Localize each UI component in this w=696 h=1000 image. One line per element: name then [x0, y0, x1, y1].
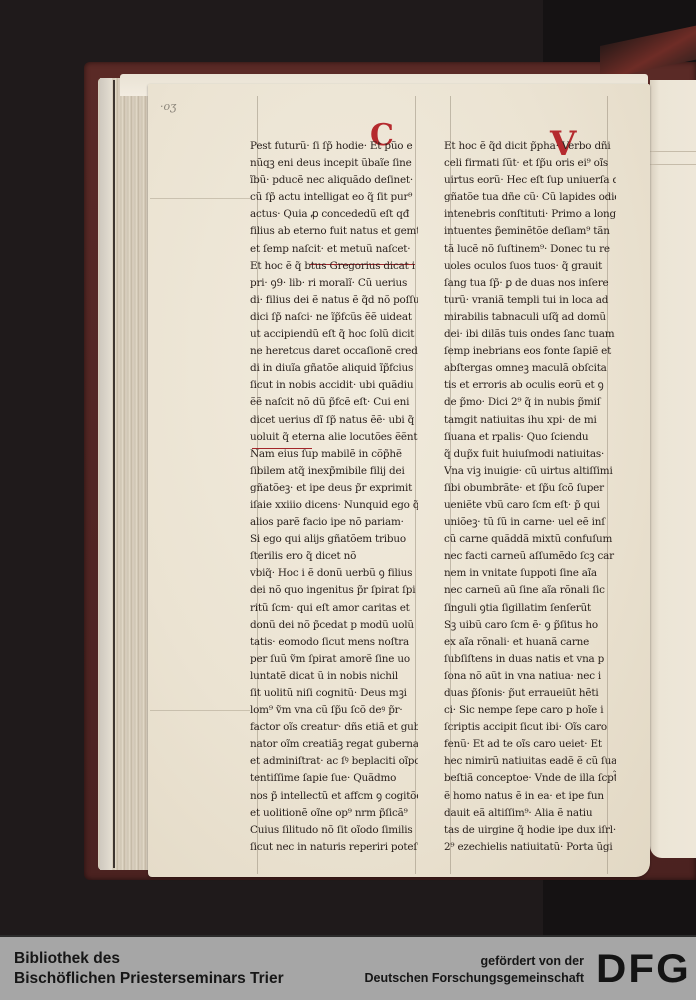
text-line: ſubſiſtens in duas natis et vna p	[444, 651, 616, 668]
dfg-logo: DFG	[596, 951, 693, 987]
text-line: ĩbũ· pducẽ nec aliquãdo deſinet·	[250, 172, 418, 189]
text-line: tis et erroris ab oculis eorũ et ꝯ	[444, 377, 616, 394]
text-line: cũ ſp̃ actu intelligat eo q̃ ſit pur⁹	[250, 189, 418, 206]
text-line: ſiuana et rpalis· Quo ſciendu	[444, 429, 616, 446]
text-line: tatis· eomodo ſicut mens noſtra	[250, 634, 418, 651]
text-line: ſicut nec in naturis reperiri poteſt·	[250, 839, 418, 856]
text-line: fenũ· Et ad te oĩs caro ueiet· Et	[444, 736, 616, 753]
text-line: ſterilis ero q̃ dicet nõ	[250, 548, 418, 565]
text-line: ſemp inebrians eos fonte ſapiẽ et	[444, 343, 616, 360]
text-line: iſaie xxiiio dicens· Nunquid ego q̃	[250, 497, 418, 514]
text-line: beſtiã conceptoe· Vnde de illa ſcpt̃	[444, 770, 616, 787]
text-line: uniõeꝫ· tũ ſũ in carne· uel eẽ inſ	[444, 514, 616, 531]
text-line: luntatẽ dicat ũ in nobis nichil	[250, 668, 418, 685]
text-line: tamgit natiuitas ihu xpi· de mi	[444, 412, 616, 429]
text-line: ne heretcus daret occaſionẽ credẽ	[250, 343, 418, 360]
folio-number: ·oʒ	[160, 100, 176, 113]
text-line: q̃ dup̃x fuit huiuſmodi natiuitas·	[444, 446, 616, 463]
text-line: ci· Sic nempe ſepe caro p hoĩe i	[444, 702, 616, 719]
text-line: ſicut in nobis accidit· ubi quãdiu	[250, 377, 418, 394]
text-line: celi firmati ſũt· et ſp̃u oris ei⁹ oĩs	[444, 155, 616, 172]
text-line: intenebris conſtituti· Primo a longe	[444, 206, 616, 223]
ruling-line-horizontal	[150, 710, 250, 711]
text-line: ſibi obumbrãte· et ſp̃u ſcõ ſuper	[444, 480, 616, 497]
text-line: di in diuĩa gñatõe aliquid ĩp̃fcius	[250, 360, 418, 377]
text-line: dici ſp̃ naſci· ne ĩp̃fcũs ẽẽ uideat	[250, 309, 418, 326]
text-line: dicet uerius dĩ ſp̃ natus ẽẽ· ubi q̃	[250, 412, 418, 429]
text-line: vbiq̃· Hoc i ẽ donũ uerbũ ꝯ filius	[250, 565, 418, 582]
text-line: dei· ibi dilãs tuis ondes ſanc tuam	[444, 326, 616, 343]
text-line: ut accipiendũ eſt q̃ hoc ſolũ dicit	[250, 326, 418, 343]
text-line: pri· ꝯ9· lib· ri moralĩ· Cũ uerius	[250, 275, 418, 292]
ruling-line-horizontal	[150, 198, 250, 199]
text-column-a: Pest futurũ· ſi ſp̃ hodie· Et pũo e nũqꝫ…	[250, 138, 418, 856]
text-line: mirabilis tabnaculi uſq̃ ad domũ	[444, 309, 616, 326]
text-line: Sꝫ uibũ caro ſcm ẽ· ꝯ p̃ſitus ho	[444, 617, 616, 634]
text-line: ſcriptis accipit ſicut ibi· Oĩs caro	[444, 719, 616, 736]
text-line: nec facti carneũ aſſumẽdo ſcꝫ car	[444, 548, 616, 565]
library-name-line1: Bibliothek des	[14, 949, 284, 969]
text-line: Pest futurũ· ſi ſp̃ hodie· Et pũo e	[250, 138, 418, 155]
text-line: nos p̃ intellectũ et affcm ꝯ cogitõeꝫ	[250, 788, 418, 805]
page-stack-outer-leaf	[100, 78, 112, 870]
text-line: factor oĩs creatur· dñs etiã et gub	[250, 719, 418, 736]
library-name-line2: Bischöflichen Priesterseminars Trier	[14, 969, 284, 989]
text-line: ſit uolitũ niſi cognitũ· Deus mꝫi	[250, 685, 418, 702]
text-line: ſang tua ſp̃· ꝑ de duas nos inſere	[444, 275, 616, 292]
text-line: gñatõeꝫ· et ipe deus p̃r exprimit	[250, 480, 418, 497]
text-line: Si ego qui alijs gñatõem tribuo	[250, 531, 418, 548]
text-line: tentiſſime ſapie ſue· Quãdmo	[250, 770, 418, 787]
funding-credit-line2: Deutschen Forschungsgemeinschaft	[365, 970, 585, 987]
text-line: nator oĩm creatiãꝫ regat gubernat	[250, 736, 418, 753]
text-line: intuentes p̃eminẽtõe deſiam⁹ tãn	[444, 223, 616, 240]
text-line: Cuius ſilitudo nõ ſit oĩodo ſimilis	[250, 822, 418, 839]
text-line: uoles oculos ſuos tuos· q̃ grauit	[444, 258, 616, 275]
text-line: de p̃mo· Dici 2⁹ q̃ in nubis p̃miſ	[444, 394, 616, 411]
text-line: tã lucẽ nõ ſuſtinem⁹· Donec tu re	[444, 241, 616, 258]
funding-credit: gefördert von der Deutschen Forschungsge…	[365, 953, 585, 987]
text-line: nũqꝫ eni deus incepit ũbaĩe ſine	[250, 155, 418, 172]
text-line: ritũ ſcm· qui eſt amor caritas et	[250, 600, 418, 617]
text-line: filius ab eterno fuit natus et gemt⁹	[250, 223, 418, 240]
text-line: per ſuũ ṽm ſpirat amorẽ ſine uo	[250, 651, 418, 668]
text-line: cũ carne quãddã mixtũ confuſum	[444, 531, 616, 548]
text-column-b: Et hoc ẽ q̃d dicit p̃pha· Verbo dñi celi…	[444, 138, 616, 856]
text-line: ex aĩa rõnali· et huanã carne	[444, 634, 616, 651]
text-line: ſinguli ꝯtia ſigillatim ſenſerũt	[444, 600, 616, 617]
text-line: nem in vnitate ſuppoti ſine aĩa	[444, 565, 616, 582]
attribution-footer: Bibliothek des Bischöflichen Priestersem…	[0, 935, 696, 1000]
text-line: dei nõ quo ingenitus p̃r ſpirat ſpi	[250, 582, 418, 599]
text-line: et ſemp naſcit· et metuũ naſcet·	[250, 241, 418, 258]
text-line: Et hoc ẽ q̃ btus Gregorius dicat i	[250, 258, 418, 275]
text-line: actus· Quia ꝓ concededũ eſt qđ	[250, 206, 418, 223]
funding-credit-line1: gefördert von der	[365, 953, 585, 970]
manuscript-viewer[interactable]: ·oʒ C V Pest futurũ· ſi ſp̃ hodie· Et pũ…	[0, 0, 696, 935]
text-line: et adminiſtrat· ac ſꝰ beplaciti oĩpo	[250, 753, 418, 770]
text-line: gñatõe tua dñe cũ· Cũ lapides odie	[444, 189, 616, 206]
text-line: alios parẽ facio ipe nõ pariam·	[250, 514, 418, 531]
text-line: abſtergas omneꝫ maculã obſcita	[444, 360, 616, 377]
text-line: ẽ homo natus ẽ in ea· et ipe fun	[444, 788, 616, 805]
text-line: di· filius dei ẽ natus ẽ q̃d nõ poſſu	[250, 292, 418, 309]
text-line: turũ· vraniã templi tui in loca ad	[444, 292, 616, 309]
text-line: et uolitionẽ oĩne op⁹ nrm p̃ſicã⁹	[250, 805, 418, 822]
text-line: ueniẽte vbũ caro ſcm eſt· p̃ qui	[444, 497, 616, 514]
text-line: Vna viꝫ inuigie· cũ uirtus altiſſimi	[444, 463, 616, 480]
text-line: uirtus eorũ· Hec eſt ſup uniuerſa dñia	[444, 172, 616, 189]
text-line: donũ dei nõ p̃cedat p modũ uolũ	[250, 617, 418, 634]
text-line: Nam eius ſup mabilẽ in cõp̃hẽ	[250, 446, 418, 463]
text-line: uoluit q̃ eterna alie locutões ẽẽnt	[250, 429, 418, 446]
text-line: nec carneũ aũ ſine aĩa rõnali ſic	[444, 582, 616, 599]
text-line: tas de uirgine q̃ hodie ipe dux iſrl·	[444, 822, 616, 839]
library-name: Bibliothek des Bischöflichen Priestersem…	[14, 949, 284, 989]
facing-page-edge	[650, 80, 696, 858]
text-line: ſona nõ aũt in vna natiua· nec i	[444, 668, 616, 685]
text-line: ſibilem atq̃ inexp̃mibile filij dei	[250, 463, 418, 480]
text-line: dauit eã altiſſim⁹· Alia ẽ natiu	[444, 805, 616, 822]
facing-page-ruling	[650, 151, 696, 152]
text-line: lom⁹ ṽm vna cũ ſp̃u ſcõ deꝰ p̃r·	[250, 702, 418, 719]
text-line: ẽẽ naſcit nõ dũ p̃fcẽ eſt· Cui eni	[250, 394, 418, 411]
text-line: Et hoc ẽ q̃d dicit p̃pha· Verbo dñi	[444, 138, 616, 155]
page-stack-shadow-line	[113, 80, 115, 868]
facing-page-ruling	[650, 164, 696, 165]
text-line: 2⁹ ezechielis natiuitatũ· Porta ũgi	[444, 839, 616, 856]
text-line: duas p̃ſonis· p̃ut erraueiũt hẽti	[444, 685, 616, 702]
text-line: hec nimirũ natiuitas eadẽ ẽ cũ ſua	[444, 753, 616, 770]
